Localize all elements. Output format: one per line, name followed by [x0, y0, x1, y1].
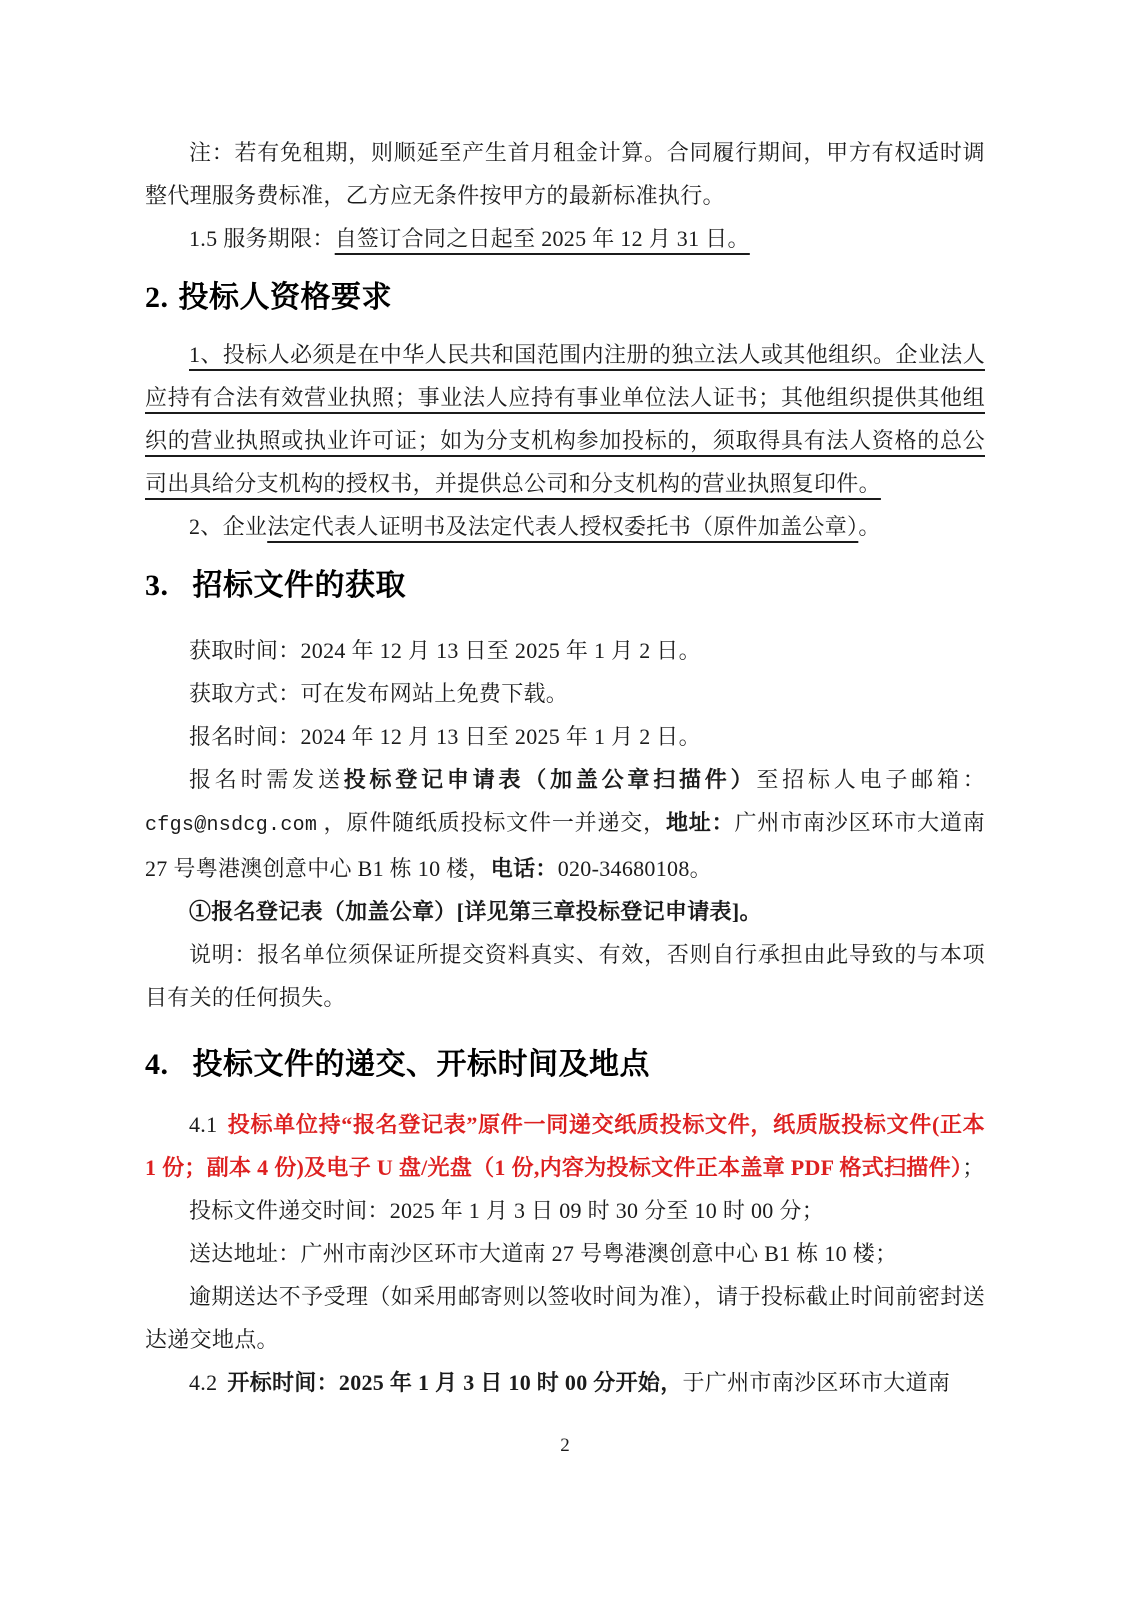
section-4-title: 投标文件的递交、开标时间及地点 — [193, 1048, 651, 1081]
clause-4-1-paragraph: 4.1投标单位持“报名登记表”原件一同递交纸质投标文件，纸质版投标文件(正本 1… — [145, 1103, 985, 1189]
clause-4-2-bold-text: 开标时间：2025 年 1 月 3 日 10 时 00 分开始， — [227, 1370, 682, 1395]
bidder-qualification-item-1-text: 1、投标人必须是在中华人民共和国范围内注册的独立法人或其他组织。企业法人应持有合… — [145, 342, 985, 496]
clause-4-1-red-text: 投标单位持“报名登记表”原件一同递交纸质投标文件，纸质版投标文件(正本 1 份；… — [145, 1112, 985, 1180]
signup-pre: 报名时需发送 — [189, 767, 344, 792]
item-2-prefix: 2、企业 — [189, 514, 267, 539]
clause-4-1-number: 4.1 — [189, 1112, 217, 1137]
signup-instructions-paragraph: 报名时需发送投标登记申请表（加盖公章扫描件）至招标人电子邮箱：cfgs@nsdc… — [145, 758, 985, 890]
section-4-heading: 4.投标文件的递交、开标时间及地点 — [145, 1044, 985, 1086]
section-2-title: 投标人资格要求 — [179, 281, 393, 314]
section-3-title: 招标文件的获取 — [193, 569, 407, 602]
clause-4-2-number: 4.2 — [189, 1370, 217, 1395]
section-2-heading: 2.投标人资格要求 — [145, 277, 985, 319]
section-2-number: 2. — [145, 281, 169, 314]
clause-4-1-tail: ； — [962, 1155, 984, 1180]
phone-value: 020-34680108。 — [558, 856, 712, 881]
obtain-method-line: 获取方式：可在发布网站上免费下载。 — [145, 672, 985, 715]
item-2-underlined: 法定代表人证明书及法定代表人授权委托书（原件加盖公章） — [267, 514, 858, 539]
delivery-address-line: 送达地址：广州市南沙区环市大道南 27 号粤港澳创意中心 B1 栋 10 楼； — [145, 1232, 985, 1275]
page-number: 2 — [145, 1432, 985, 1460]
note-paragraph: 注：若有免租期，则顺延至产生首月租金计算。合同履行期间，甲方有权适时调整代理服务… — [145, 131, 985, 217]
clause-4-2-paragraph: 4.2开标时间：2025 年 1 月 3 日 10 时 00 分开始，于广州市南… — [145, 1361, 985, 1404]
service-term-label: 1.5 服务期限： — [189, 226, 335, 251]
phone-label: 电话： — [491, 856, 558, 881]
item-2-suffix: 。 — [858, 514, 880, 539]
email-address: cfgs@nsdcg.com — [145, 814, 317, 837]
document-page: 注：若有免租期，则顺延至产生首月租金计算。合同履行期间，甲方有权适时调整代理服务… — [0, 0, 1131, 1600]
section-3-number: 3. — [145, 569, 169, 602]
bidder-qualification-item-1: 1、投标人必须是在中华人民共和国范围内注册的独立法人或其他组织。企业法人应持有合… — [145, 333, 985, 505]
clause-4-2-rest: 于广州市南沙区环市大道南 — [683, 1370, 951, 1395]
section-4-number: 4. — [145, 1048, 169, 1081]
registration-form-line: ①报名登记表（加盖公章）[详见第三章投标登记申请表]。 — [145, 890, 985, 933]
signup-mid: 至招标人电子邮箱： — [756, 767, 985, 792]
address-label: 地址： — [666, 810, 734, 835]
bidder-qualification-item-2: 2、企业法定代表人证明书及法定代表人授权委托书（原件加盖公章）。 — [145, 505, 985, 548]
signup-form-name: 投标登记申请表（加盖公章扫描件） — [344, 767, 757, 792]
declaration-paragraph: 说明：报名单位须保证所提交资料真实、有效，否则自行承担由此导致的与本项目有关的任… — [145, 933, 985, 1019]
submit-time-line: 投标文件递交时间：2025 年 1 月 3 日 09 时 30 分至 10 时 … — [145, 1189, 985, 1232]
service-term-value: 自签订合同之日起至 2025 年 12 月 31 日。 — [335, 226, 750, 251]
service-term-line: 1.5 服务期限：自签订合同之日起至 2025 年 12 月 31 日。 — [145, 217, 985, 260]
overdue-paragraph: 逾期送达不予受理（如采用邮寄则以签收时间为准），请于投标截止时间前密封送达递交地… — [145, 1275, 985, 1361]
signup-time-line: 报名时间：2024 年 12 月 13 日至 2025 年 1 月 2 日。 — [145, 715, 985, 758]
signup-after-email: ，原件随纸质投标文件一并递交， — [317, 810, 666, 835]
section-3-heading: 3.招标文件的获取 — [145, 565, 985, 607]
obtain-time-line: 获取时间：2024 年 12 月 13 日至 2025 年 1 月 2 日。 — [145, 629, 985, 672]
